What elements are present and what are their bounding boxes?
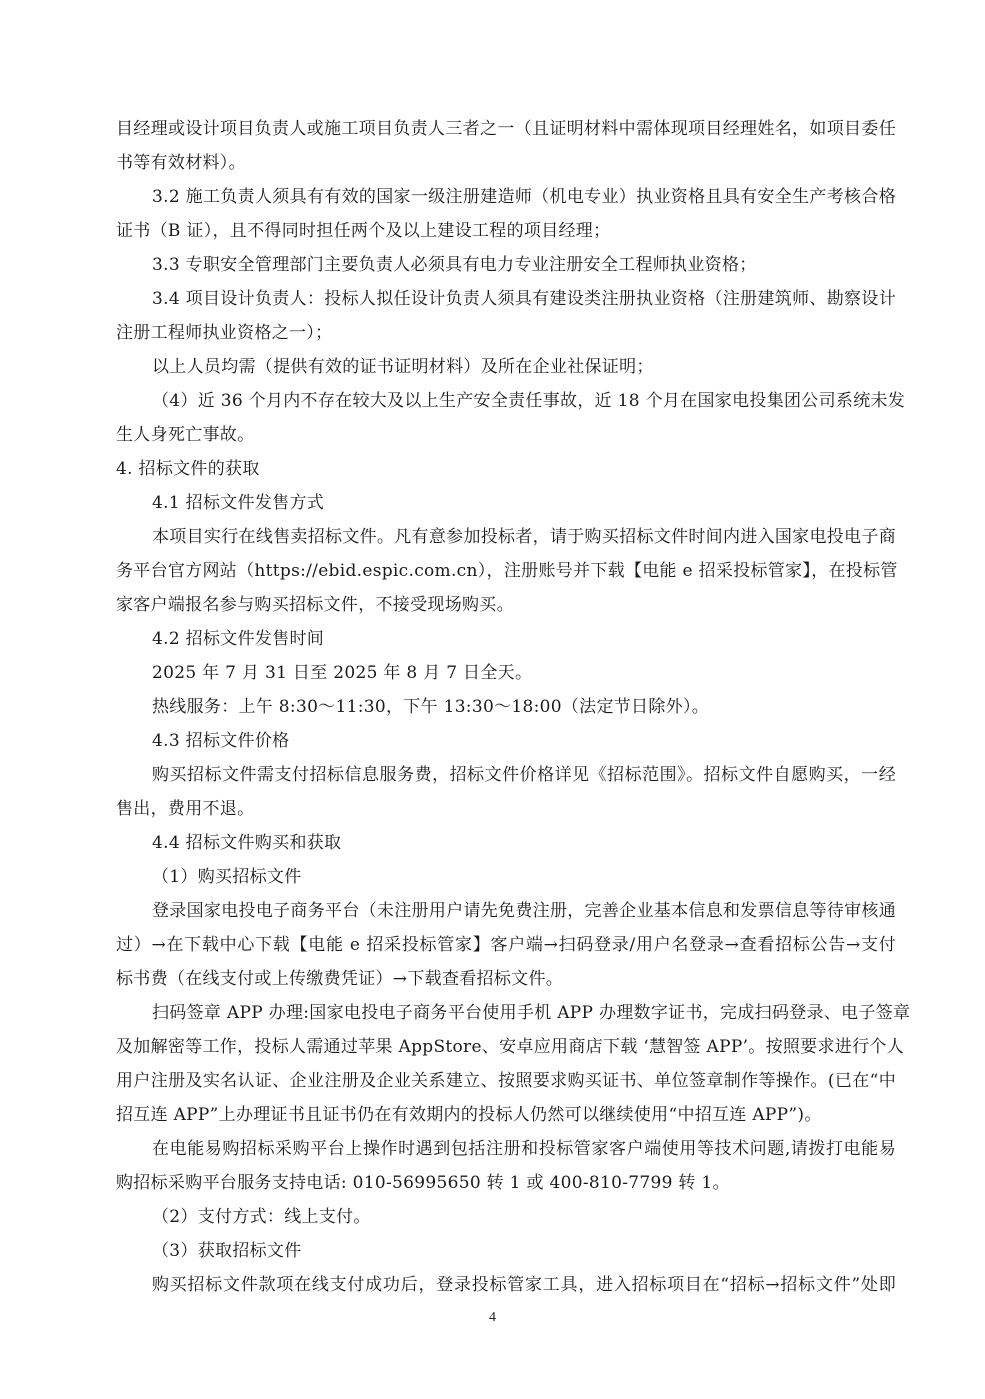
text-line: 在电能易购招标采购平台上操作时遇到包括注册和投标管家客户端使用等技术问题,请拨打… (116, 1134, 896, 1168)
text-line: （2）支付方式：线上支付。 (116, 1202, 896, 1236)
text-line: 家客户端报名参与购买招标文件，不接受现场购买。 (116, 590, 896, 624)
text-line: 4.4 招标文件购买和获取 (116, 828, 896, 862)
text-line: 扫码签章 APP 办理:国家电投电子商务平台使用手机 APP 办理数字证书，完成… (116, 998, 896, 1032)
text-line: 热线服务：上午 8:30～11:30，下午 13:30～18:00（法定节日除外… (116, 692, 896, 726)
page-number: 4 (0, 1310, 985, 1326)
text-line: 4.1 招标文件发售方式 (116, 488, 896, 522)
text-line: 购招标采购平台服务支持电话: 010-56995650 转 1 或 400-81… (116, 1168, 896, 1202)
text-line: 本项目实行在线售卖招标文件。凡有意参加投标者，请于购买招标文件时间内进入国家电投… (116, 522, 896, 556)
text-line: 3.3 专职安全管理部门主要负责人必须具有电力专业注册安全工程师执业资格； (116, 250, 896, 284)
text-line: 书等有效材料）。 (116, 148, 896, 182)
text-line: 招互连 APP”上办理证书且证书仍在有效期内的投标人仍然可以继续使用“中招互连 … (116, 1100, 896, 1134)
text-line: 3.4 项目设计负责人：投标人拟任设计负责人须具有建设类注册执业资格（注册建筑师… (116, 284, 896, 318)
text-line: 标书费（在线支付或上传缴费凭证）→下载查看招标文件。 (116, 964, 896, 998)
text-line: 目经理或设计项目负责人或施工项目负责人三者之一（且证明材料中需体现项目经理姓名，… (116, 114, 896, 148)
text-line: 注册工程师执业资格之一）； (116, 318, 896, 352)
document-page: 目经理或设计项目负责人或施工项目负责人三者之一（且证明材料中需体现项目经理姓名，… (0, 0, 985, 1399)
text-line: 生人身死亡事故。 (116, 420, 896, 454)
text-line: 3.2 施工负责人须具有有效的国家一级注册建造师（机电专业）执业资格且具有安全生… (116, 182, 896, 216)
text-line: 务平台官方网站（https://ebid.espic.com.cn），注册账号并… (116, 556, 896, 590)
text-line: 证书（B 证），且不得同时担任两个及以上建设工程的项目经理； (116, 216, 896, 250)
text-line: （3）获取招标文件 (116, 1236, 896, 1270)
text-line: 售出，费用不退。 (116, 794, 896, 828)
text-line: 登录国家电投电子商务平台（未注册用户请先免费注册，完善企业基本信息和发票信息等待… (116, 896, 896, 930)
text-line: 购买招标文件需支付招标信息服务费，招标文件价格详见《招标范围》。招标文件自愿购买… (116, 760, 896, 794)
document-body: 目经理或设计项目负责人或施工项目负责人三者之一（且证明材料中需体现项目经理姓名，… (116, 114, 896, 1304)
text-line: 4. 招标文件的获取 (116, 454, 896, 488)
text-line: 及加解密等工作，投标人需通过苹果 AppStore、安卓应用商店下载 ‘慧智签 … (116, 1032, 896, 1066)
text-line: （4）近 36 个月内不存在较大及以上生产安全责任事故，近 18 个月在国家电投… (116, 386, 896, 420)
text-line: 4.2 招标文件发售时间 (116, 624, 896, 658)
text-line: 2025 年 7 月 31 日至 2025 年 8 月 7 日全天。 (116, 658, 896, 692)
text-line: 4.3 招标文件价格 (116, 726, 896, 760)
text-line: 以上人员均需（提供有效的证书证明材料）及所在企业社保证明； (116, 352, 896, 386)
text-line: 用户注册及实名认证、企业注册及企业关系建立、按照要求购买证书、单位签章制作等操作… (116, 1066, 896, 1100)
text-line: 过）→在下载中心下载【电能 e 招采投标管家】客户端→扫码登录/用户名登录→查看… (116, 930, 896, 964)
text-line: （1）购买招标文件 (116, 862, 896, 896)
text-line: 购买招标文件款项在线支付成功后，登录投标管家工具，进入招标项目在“招标→招标文件… (116, 1270, 896, 1304)
